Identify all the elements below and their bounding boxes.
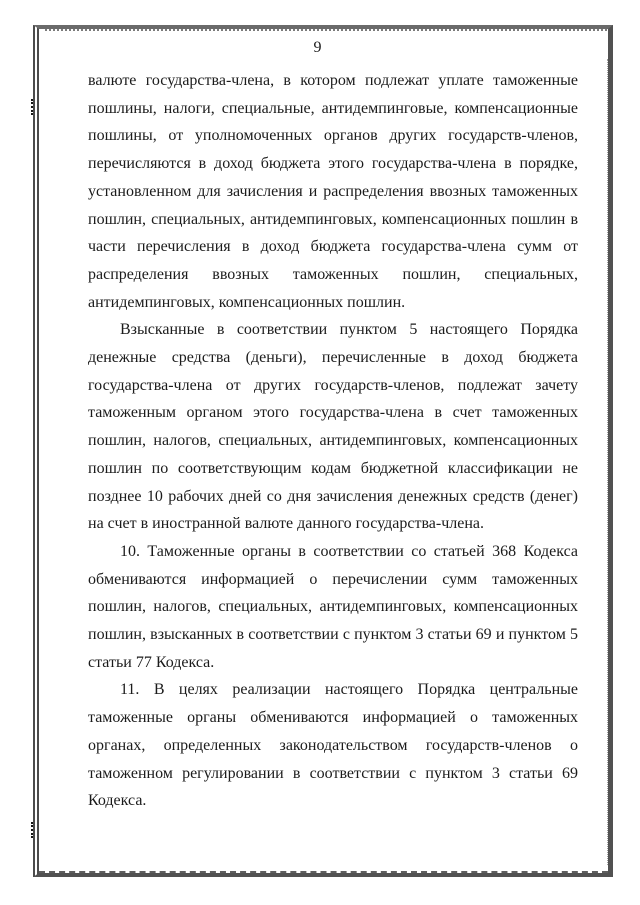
document-page: 9 валюте государства-члена, в котором по… [0,0,640,905]
text-line: денежные средства (деньги), перечисленны… [88,344,578,372]
paragraph: 11. В целях реализации настоящего Порядк… [88,676,578,815]
scan-artifact-left-tick [31,99,33,115]
text-line: пошлин, взысканных в соответствии с пунк… [88,621,578,649]
text-line: пошлин, налогов, специальных, антидемпин… [88,427,578,455]
text-line: органах, определенных законодательством … [88,732,578,760]
document-body: валюте государства-члена, в котором подл… [88,67,578,815]
text-line: пошлины, налоги, специальные, антидемпин… [88,95,578,123]
page-number: 9 [88,38,547,58]
text-line: пошлин, налогов, специальных, антидемпин… [88,593,578,621]
text-line: валюте государства-члена, в котором подл… [88,67,578,95]
text-line: позднее 10 рабочих дней со дня зачислени… [88,483,578,511]
page-frame: 9 валюте государства-члена, в котором по… [33,25,613,877]
text-line: таможенным органом этого государства-чле… [88,399,578,427]
text-line: Взысканные в соответствии пунктом 5 наст… [88,316,578,344]
paragraph: 10. Таможенные органы в соответствии со … [88,538,578,677]
text-line: статьи 77 Кодекса. [88,649,578,677]
text-line: 11. В целях реализации настоящего Порядк… [88,676,578,704]
text-line: таможенные органы обмениваются информаци… [88,704,578,732]
text-line: пошлин по соответствующим кодам бюджетно… [88,455,578,483]
page-content: 9 валюте государства-члена, в котором по… [39,29,608,873]
paragraph: валюте государства-члена, в котором подл… [88,67,578,316]
scan-artifact-left-tick [31,822,33,838]
text-line: установленном для зачисления и распредел… [88,178,578,206]
text-line: на счет в иностранной валюте данного гос… [88,510,578,538]
text-line: государства-члена от других государств-ч… [88,372,578,400]
text-line: 10. Таможенные органы в соответствии со … [88,538,578,566]
text-line: распределения ввозных таможенных пошлин,… [88,261,578,289]
text-line: антидемпинговых, компенсационных пошлин. [88,289,578,317]
text-line: пошлин, специальных, антидемпинговых, ко… [88,206,578,234]
text-line: Кодекса. [88,787,578,815]
text-line: части перечисления в доход бюджета госуд… [88,233,578,261]
text-line: перечисляются в доход бюджета этого госу… [88,150,578,178]
text-line: обмениваются информацией о перечислении … [88,566,578,594]
text-line: таможенном регулировании в соответствии … [88,760,578,788]
text-line: пошлины, от уполномоченных органов други… [88,122,578,150]
paragraph: Взысканные в соответствии пунктом 5 наст… [88,316,578,538]
